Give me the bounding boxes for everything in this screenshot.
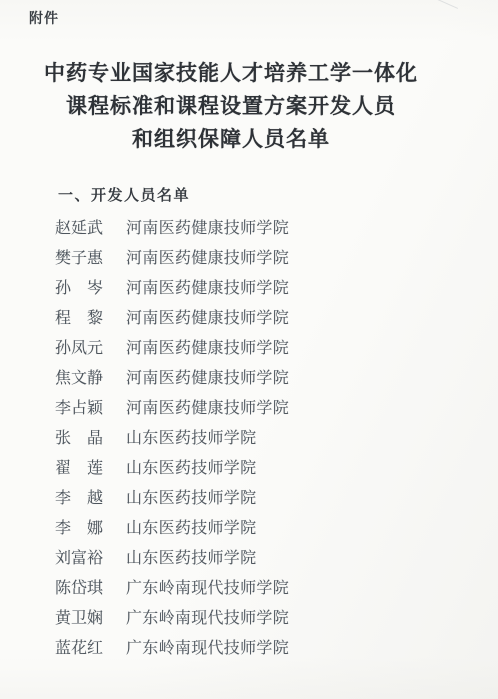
list-item: 刘富裕 山东医药技师学院 (0, 541, 498, 571)
document-title: 中药专业国家技能人才培养工学一体化 课程标准和课程设置方案开发人员 和组织保障人… (0, 57, 462, 156)
attachment-label: 附件 (29, 8, 59, 28)
person-name: 李占颖 (55, 395, 105, 418)
institution-name: 山东医药技师学院 (126, 485, 256, 508)
list-item: 李 越 山东医药技师学院 (0, 481, 498, 511)
person-name: 蓝花红 (55, 635, 105, 658)
institution-name: 山东医药技师学院 (126, 425, 256, 448)
institution-name: 山东医药技师学院 (126, 455, 256, 478)
person-name: 翟 莲 (55, 455, 105, 478)
list-item: 张 晶 山东医药技师学院 (0, 421, 498, 451)
list-item: 陈岱琪 广东岭南现代技师学院 (0, 571, 498, 601)
person-name: 孙凤元 (55, 335, 105, 358)
institution-name: 河南医药健康技师学院 (126, 365, 289, 388)
list-item: 樊子惠 河南医药健康技师学院 (0, 241, 498, 271)
person-name: 赵延武 (55, 215, 105, 238)
list-item: 孙凤元 河南医药健康技师学院 (0, 331, 498, 361)
list-item: 翟 莲 山东医药技师学院 (0, 451, 498, 481)
institution-name: 山东医药技师学院 (126, 515, 256, 538)
scan-artifact-line (257, 0, 458, 9)
list-item: 李占颖 河南医药健康技师学院 (0, 391, 498, 421)
person-name: 李 娜 (55, 515, 105, 538)
person-name: 李 越 (55, 485, 105, 508)
institution-name: 河南医药健康技师学院 (126, 335, 289, 358)
list-item: 蓝花红 广东岭南现代技师学院 (0, 631, 498, 661)
institution-name: 广东岭南现代技师学院 (126, 605, 289, 628)
developer-list: 赵延武 河南医药健康技师学院 樊子惠 河南医药健康技师学院 孙 岑 河南医药健康… (0, 211, 498, 661)
institution-name: 河南医药健康技师学院 (126, 275, 289, 298)
person-name: 焦文静 (55, 365, 105, 388)
list-item: 孙 岑 河南医药健康技师学院 (0, 271, 498, 301)
institution-name: 山东医药技师学院 (126, 545, 256, 568)
list-item: 黄卫娴 广东岭南现代技师学院 (0, 601, 498, 631)
person-name: 刘富裕 (55, 545, 105, 568)
institution-name: 广东岭南现代技师学院 (126, 635, 289, 658)
person-name: 程 黎 (55, 305, 105, 328)
person-name: 樊子惠 (55, 245, 105, 268)
list-item: 程 黎 河南医药健康技师学院 (0, 301, 498, 331)
institution-name: 河南医药健康技师学院 (126, 215, 289, 238)
list-item: 焦文静 河南医药健康技师学院 (0, 361, 498, 391)
section-heading-developers: 一、开发人员名单 (58, 184, 190, 205)
scanned-document-page: 附件 中药专业国家技能人才培养工学一体化 课程标准和课程设置方案开发人员 和组织… (0, 0, 498, 699)
document-title-line-2: 课程标准和课程设置方案开发人员 (0, 90, 462, 123)
list-item: 李 娜 山东医药技师学院 (0, 511, 498, 541)
list-item: 赵延武 河南医药健康技师学院 (0, 211, 498, 241)
institution-name: 河南医药健康技师学院 (126, 245, 289, 268)
institution-name: 河南医药健康技师学院 (126, 305, 289, 328)
person-name: 孙 岑 (55, 275, 105, 298)
document-title-line-1: 中药专业国家技能人才培养工学一体化 (0, 57, 462, 90)
person-name: 黄卫娴 (55, 605, 105, 628)
institution-name: 广东岭南现代技师学院 (126, 575, 289, 598)
person-name: 陈岱琪 (55, 575, 105, 598)
person-name: 张 晶 (55, 425, 105, 448)
document-title-line-3: 和组织保障人员名单 (0, 123, 462, 156)
institution-name: 河南医药健康技师学院 (126, 395, 289, 418)
